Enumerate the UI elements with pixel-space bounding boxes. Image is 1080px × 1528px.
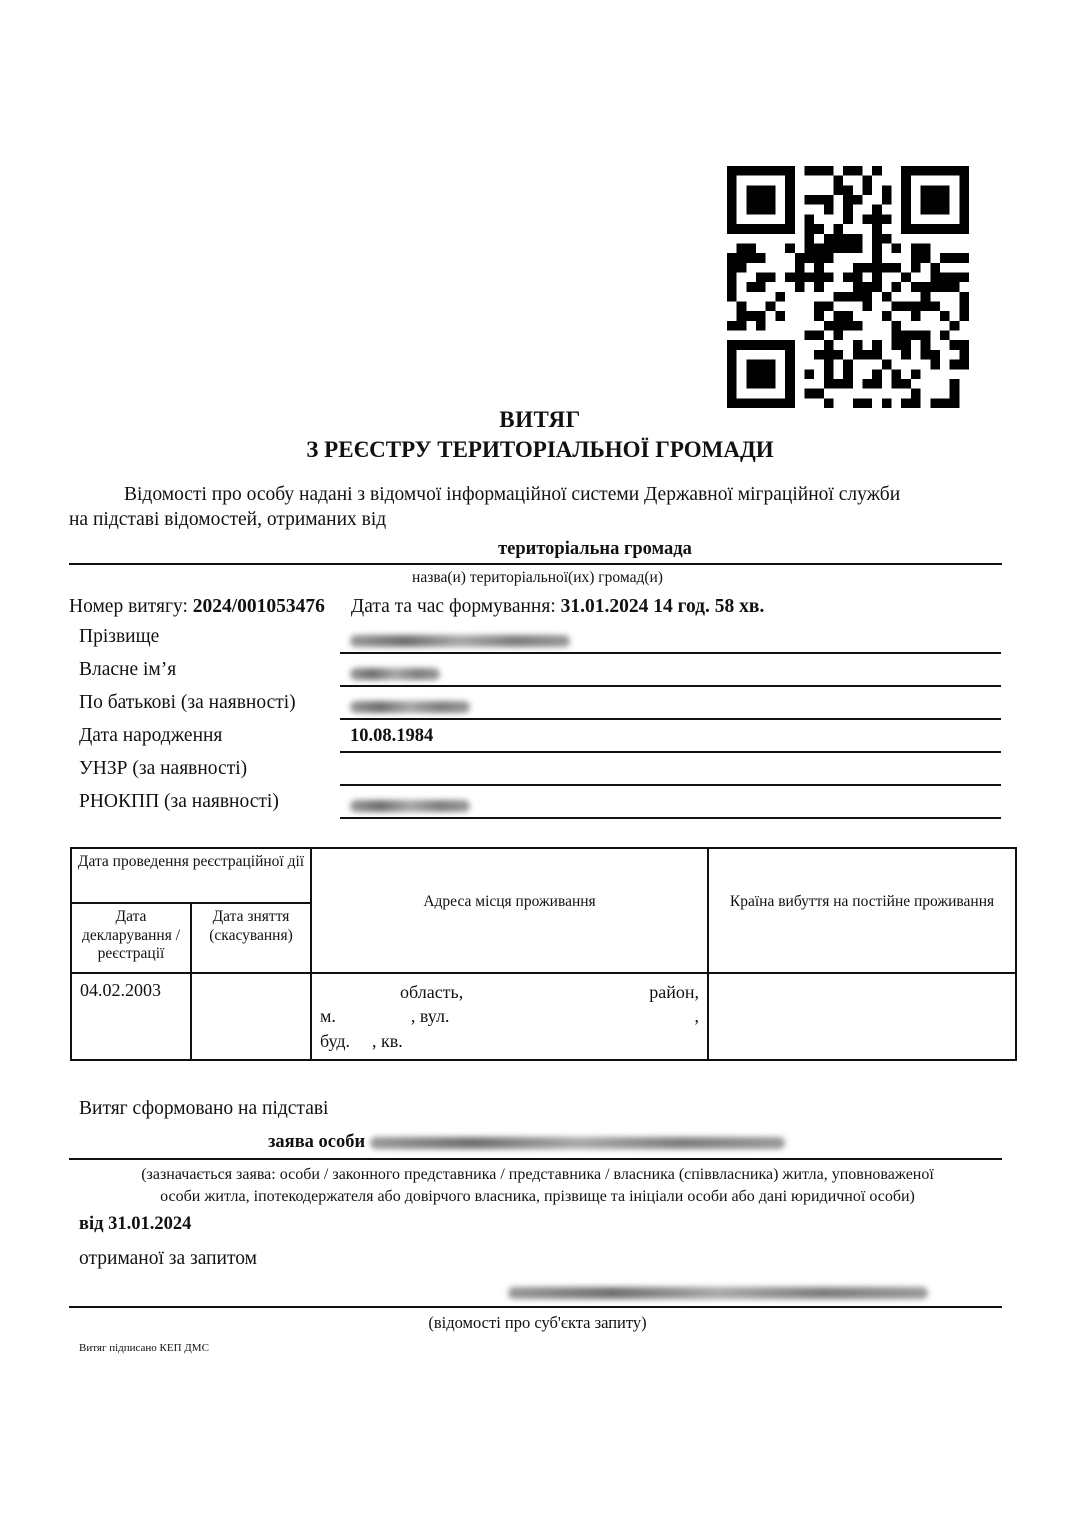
header-reg-action-date: Дата проведення реєстраційної дії [71,848,311,903]
redacted-field-value [350,792,470,813]
declaration-date-cell: 04.02.2003 [71,973,191,1060]
field-label: Прізвище [79,626,159,648]
field-label: Власне ім’я [79,659,176,681]
address-street-end: , [695,1004,700,1028]
field-underline [340,784,1001,786]
field-label: Дата народження [79,725,222,747]
application-caption-line1: (зазначається заява: особи / законного п… [0,1164,1075,1186]
table-row: 04.02.2003 область,район, м., вул., буд.… [71,973,1016,1060]
basis-label: Витяг сформовано на підставі [79,1098,328,1120]
field-label: По батькові (за наявності) [79,692,296,714]
qr-code-icon [727,166,969,408]
address-rayon: район, [649,980,699,1004]
redacted-field-value [350,693,470,714]
community-caption: назва(и) територіальної(их) громад(и) [0,569,1075,587]
request-label: отриманої за запитом [79,1248,257,1270]
address-oblast: область, [320,980,463,1004]
redacted-request-subject [508,1284,928,1302]
application-line: заява особи [268,1132,785,1153]
address-city-prefix: м. [320,1006,336,1026]
request-underline [69,1306,1002,1308]
redacted-field-value [350,660,440,681]
signed-note: Витяг підписано КЕП ДМС [79,1342,209,1354]
address-street-prefix: , вул. [411,1006,450,1026]
field-underline [340,751,1001,753]
field-underline [340,652,1001,654]
field-label: РНОКПП (за наявності) [79,791,279,813]
generated-label: Дата та час формування: [351,596,561,617]
document-title: ВИТЯГ [0,407,1080,433]
community-name: територіальна громада [0,539,1080,560]
intro-text-line2: на підставі відомостей, отриманих від [69,509,386,531]
registration-table: Дата проведення реєстраційної дії Адреса… [70,847,1017,1061]
header-address: Адреса місця проживання [311,848,708,973]
redacted-field-value [350,627,570,648]
intro-text-line1: Відомості про особу надані з відомчої ін… [124,484,900,506]
redacted-applicant-name [370,1137,785,1149]
application-underline [69,1158,1002,1160]
application-type: заява особи [268,1132,370,1152]
address-apt-prefix: , кв. [372,1031,403,1051]
application-date: від 31.01.2024 [79,1214,191,1235]
header-departure-country: Країна вибуття на постійне проживання [708,848,1016,973]
extract-info-line: Номер витягу: 2024/001053476Дата та час … [69,596,764,618]
removal-date-cell [191,973,311,1060]
document-subtitle: З РЕЄСТРУ ТЕРИТОРІАЛЬНОЇ ГРОМАДИ [0,437,1080,463]
address-cell: область,район, м., вул., буд., кв. [311,973,708,1060]
field-underline [340,718,1001,720]
extract-number: 2024/001053476 [193,596,325,617]
application-caption-line2: особи житла, іпотекодержателя або довірч… [0,1186,1075,1208]
field-underline [340,685,1001,687]
departure-country-cell [708,973,1016,1060]
field-value: 10.08.1984 [350,726,433,747]
application-caption: (зазначається заява: особи / законного п… [0,1164,1075,1209]
field-label: УНЗР (за наявності) [79,758,247,780]
community-underline [69,563,1002,565]
field-underline [340,817,1001,819]
extract-number-label: Номер витягу: [69,596,193,617]
header-removal-date: Дата зняття (скасування) [191,903,311,973]
header-declaration-date: Дата декларування /реєстрації [71,903,191,973]
address-building-prefix: буд. [320,1031,350,1051]
generated-datetime: 31.01.2024 14 год. 58 хв. [561,596,765,617]
request-caption: (відомості про суб'єкта запиту) [0,1313,1075,1333]
